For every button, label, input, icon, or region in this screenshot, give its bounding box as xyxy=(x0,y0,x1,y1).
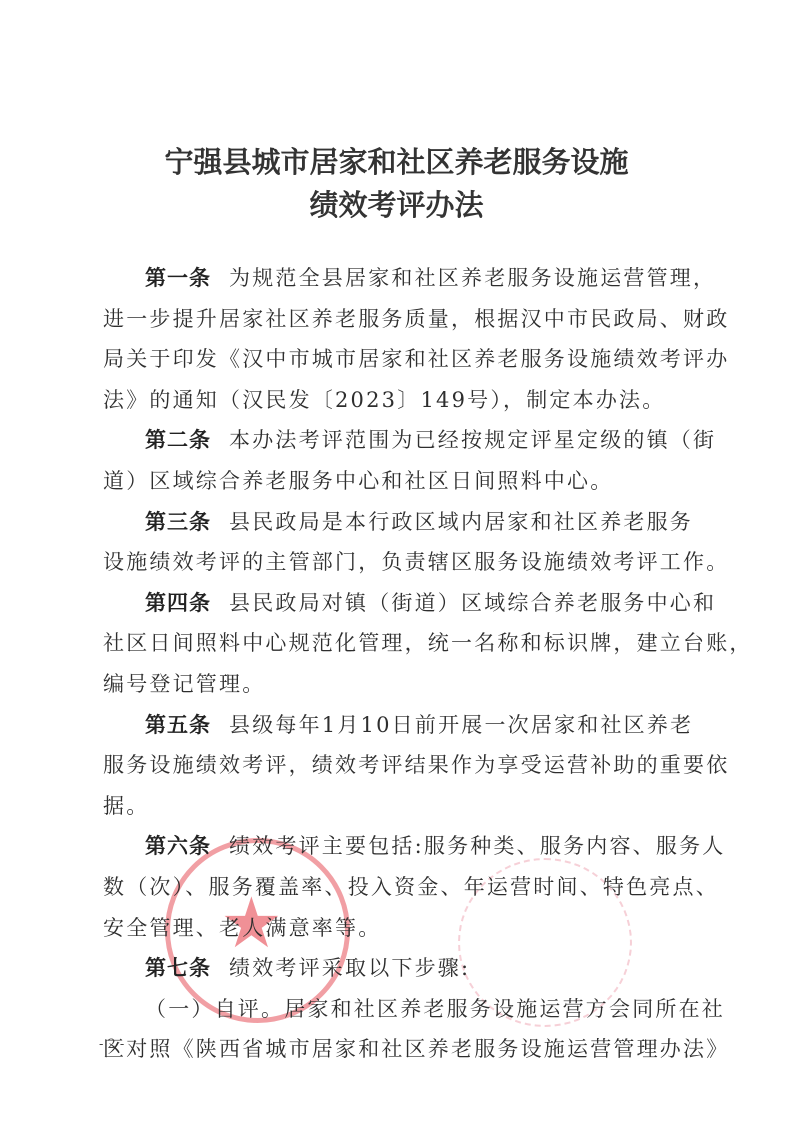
paragraph-line: 编号登记管理。 xyxy=(103,664,703,705)
paragraph-line: 局关于印发《汉中市城市居家和社区养老服务设施绩效考评办 xyxy=(103,339,703,380)
document-body: 第一条为规范全县居家和社区养老服务设施运营管理， 进一步提升居家社区养老服务质量… xyxy=(103,258,703,1070)
paragraph-line: （一）自评。居家和社区养老服务设施运营方会同所在社 xyxy=(103,989,703,1030)
page-number: - 2 - xyxy=(99,1037,124,1052)
paragraph-line: 社区日间照料中心规范化管理，统一名称和标识牌，建立台账， xyxy=(103,623,703,664)
paragraph-line: 道）区域综合养老服务中心和社区日间照料中心。 xyxy=(103,461,703,502)
paragraph-line: 数（次）、服务覆盖率、投入资金、年运营时间、特色亮点、 xyxy=(103,867,703,908)
paragraph-line: 安全管理、老人满意率等。 xyxy=(103,908,703,949)
paragraph-line: 第七条绩效考评采取以下步骤: xyxy=(103,948,703,989)
paragraph-line: 第一条为规范全县居家和社区养老服务设施运营管理， xyxy=(103,258,703,299)
paragraph-line: 第五条县级每年1月10日前开展一次居家和社区养老 xyxy=(103,705,703,746)
article-heading: 第五条 xyxy=(145,712,211,737)
article-heading: 第六条 xyxy=(145,833,211,858)
document-title-line-2: 绩效考评办法 xyxy=(0,183,793,224)
article-heading: 第七条 xyxy=(145,955,211,980)
article-heading: 第四条 xyxy=(145,590,211,615)
document-title-line-1: 宁强县城市居家和社区养老服务设施 xyxy=(0,140,793,181)
paragraph-line: 法》的通知（汉民发〔2023〕149号），制定本办法。 xyxy=(103,380,703,421)
article-heading: 第三条 xyxy=(145,509,211,534)
paragraph-line: 据。 xyxy=(103,786,703,827)
article-heading: 第二条 xyxy=(145,427,211,452)
paragraph-line: 进一步提升居家社区养老服务质量，根据汉中市民政局、财政 xyxy=(103,299,703,340)
paragraph-line: 第三条县民政局是本行政区域内居家和社区养老服务 xyxy=(103,502,703,543)
paragraph-line: 第二条本办法考评范围为已经按规定评星定级的镇（街 xyxy=(103,420,703,461)
paragraph-line: 区对照《陕西省城市居家和社区养老服务设施运营管理办法》 xyxy=(103,1029,703,1070)
paragraph-line: 第六条绩效考评主要包括:服务种类、服务内容、服务人 xyxy=(103,826,703,867)
article-heading: 第一条 xyxy=(145,265,211,290)
paragraph-line: 第四条县民政局对镇（街道）区域综合养老服务中心和 xyxy=(103,583,703,624)
paragraph-line: 设施绩效考评的主管部门，负责辖区服务设施绩效考评工作。 xyxy=(103,542,703,583)
paragraph-line: 服务设施绩效考评，绩效考评结果作为享受运营补助的重要依 xyxy=(103,745,703,786)
